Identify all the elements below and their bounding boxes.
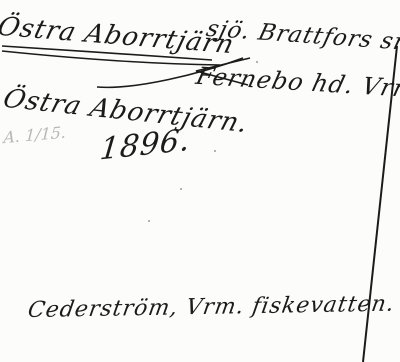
source-line: Cederström, Vrm. fiskevatten. [26,292,397,323]
pencil-note: A. 1/15. [3,123,67,148]
headword: Östra Aborrtjärn [0,12,238,60]
district-line: Fernebo hd. Vrm. [193,62,400,104]
paper-speck [180,188,182,190]
location-line: sjö. Brattfors sn. [204,16,400,56]
paper-speck [214,150,216,152]
paper-speck [256,61,258,63]
archive-card: Östra Aborrtjärn sjö. Brattfors sn. Fern… [0,0,400,362]
year-note: 1896. [98,122,192,167]
paper-speck [148,220,150,222]
